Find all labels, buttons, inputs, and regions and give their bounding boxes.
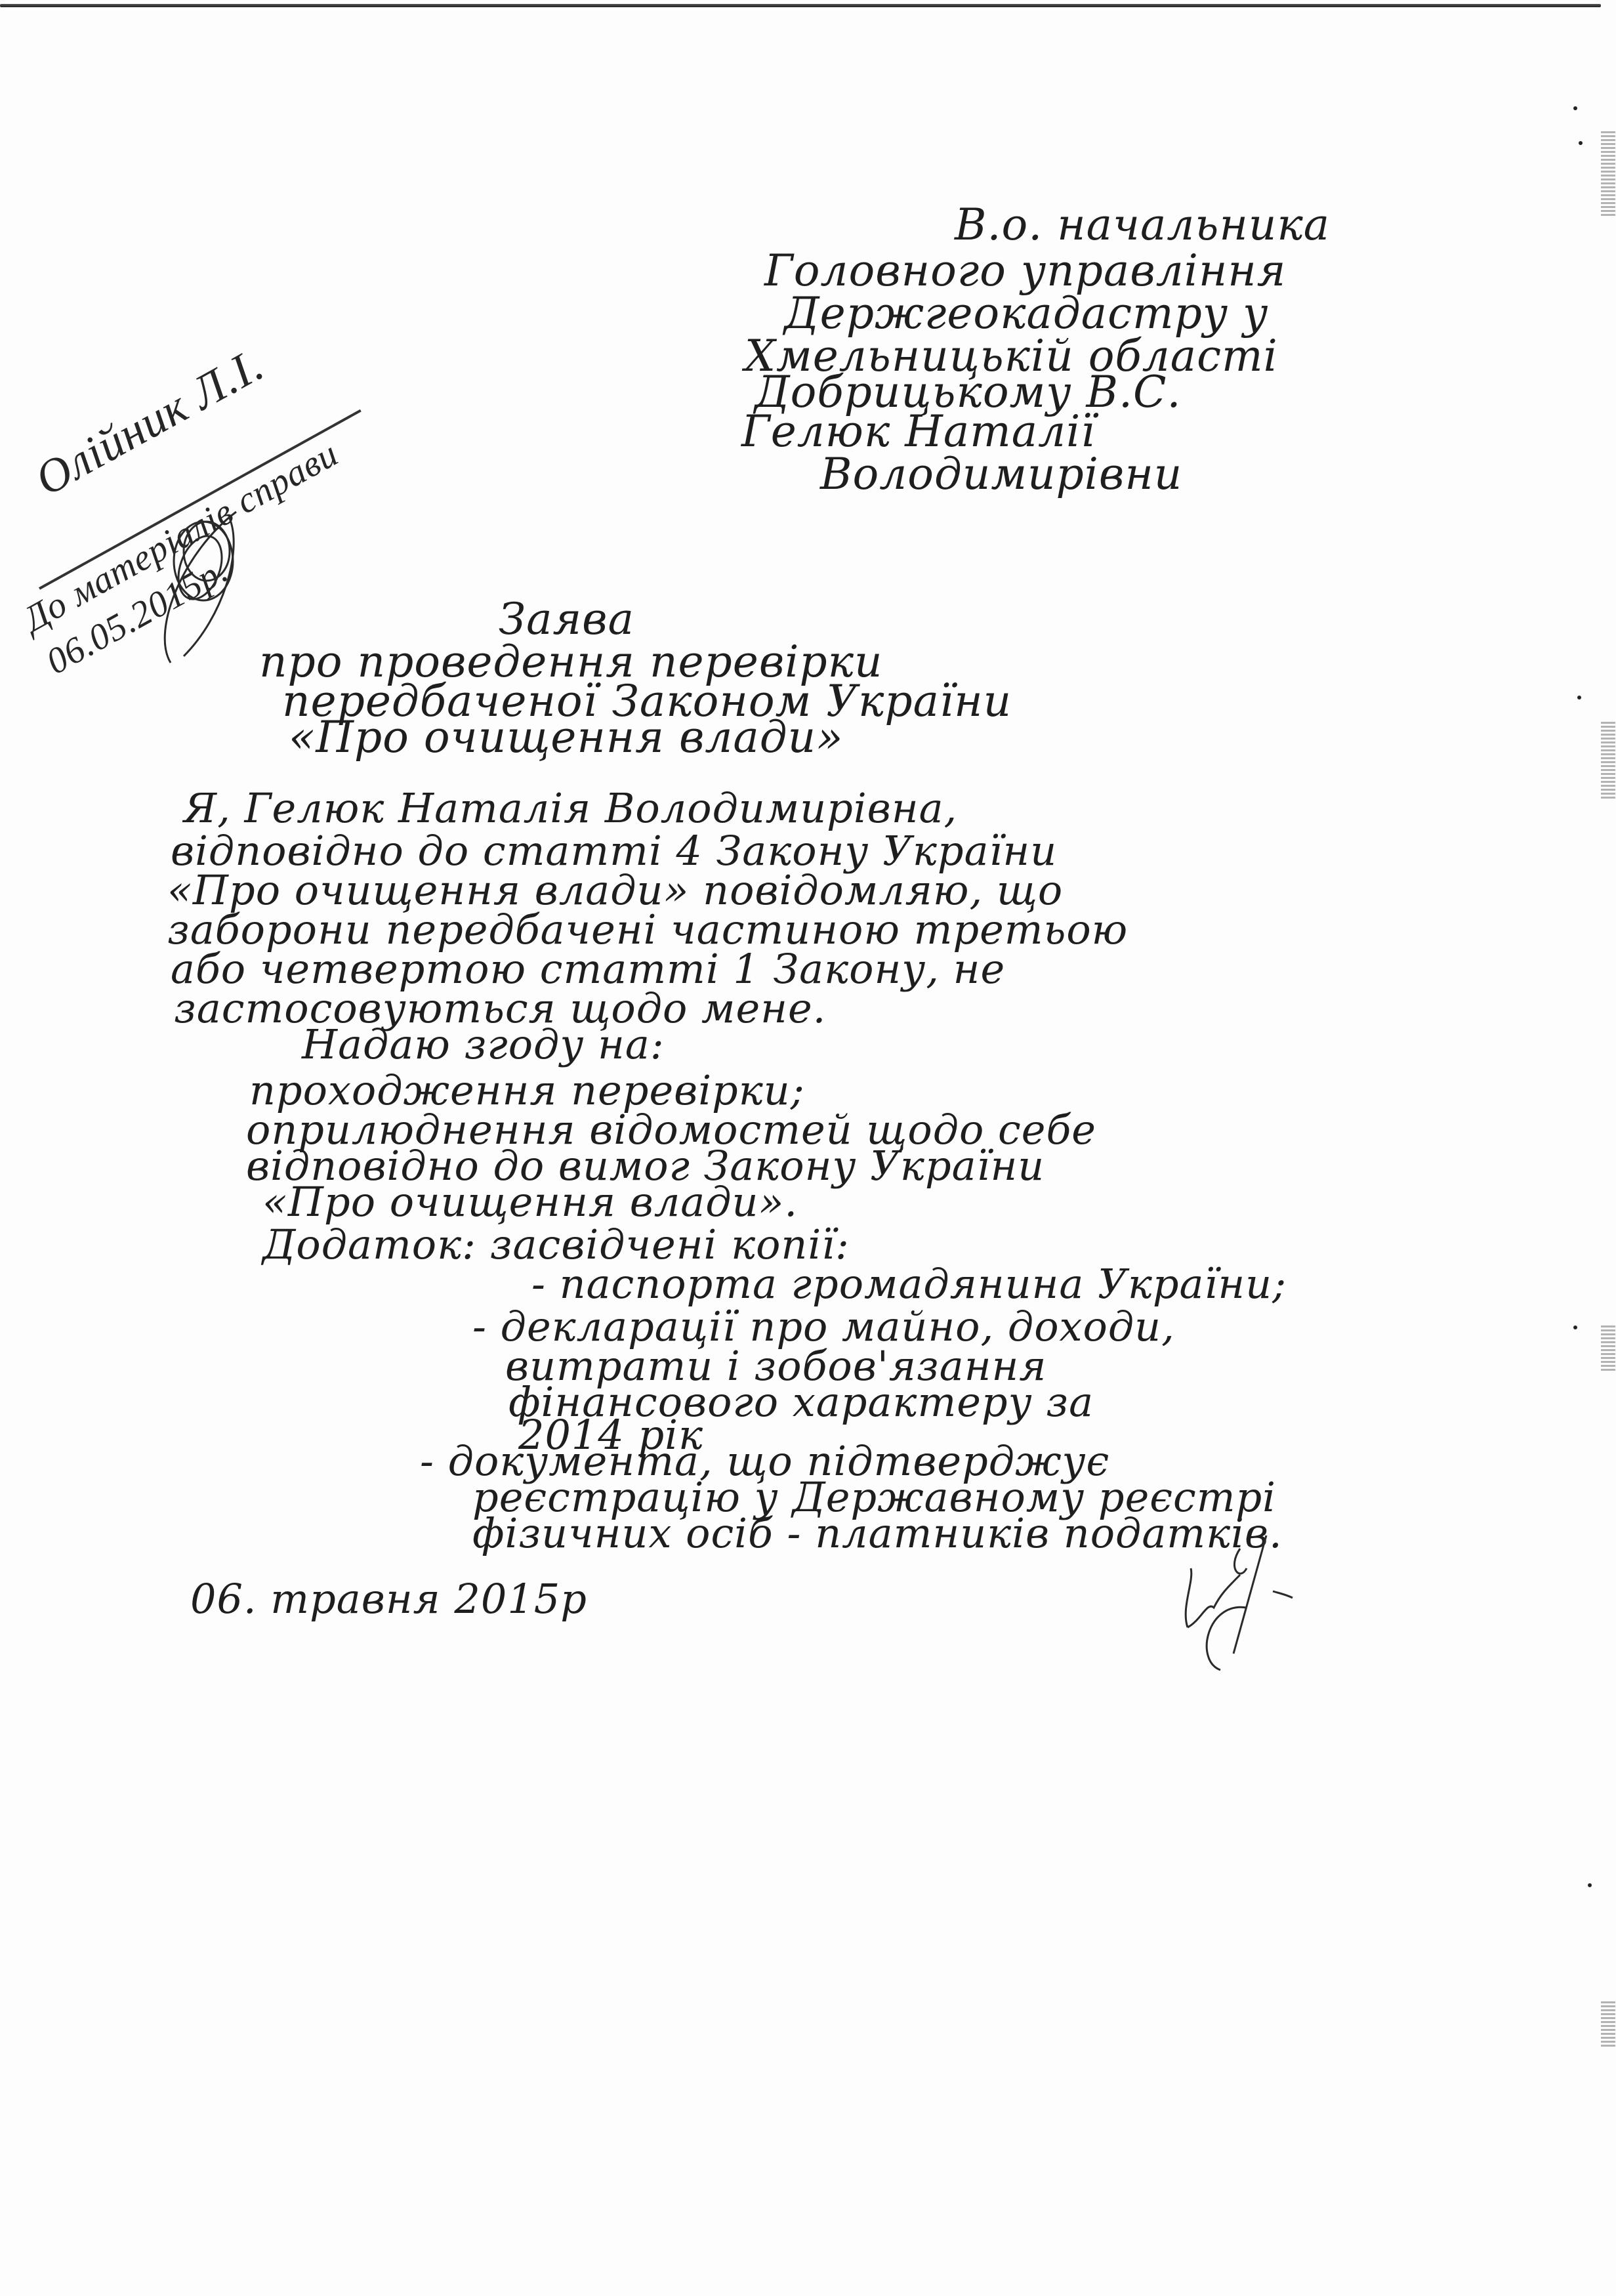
scan-artifact [1601, 722, 1615, 801]
scan-dot [1577, 696, 1581, 699]
scanned-document-page: Олійник Л.І. До матеріалів справи 06.05.… [0, 0, 1616, 2296]
scan-artifact [1601, 1325, 1615, 1371]
attachment-item: - паспорта громадянина України; [531, 1260, 1287, 1308]
scan-dot [1573, 106, 1577, 110]
addressee-line: Володимирівни [820, 453, 1182, 496]
scan-dot [1579, 141, 1583, 145]
addressee-line: Головного управління [764, 249, 1286, 293]
scan-dot [1588, 1883, 1592, 1887]
scan-top-border [0, 4, 1601, 7]
document-date: 06. травня 2015р [190, 1575, 587, 1623]
scan-dot [1573, 1325, 1577, 1329]
attachment-item: фізичних осіб - платників податків. [472, 1509, 1283, 1557]
body-line: Я, Гелюк Наталія Володимирівна, [184, 784, 957, 832]
addressee-line: В.о. начальника [955, 203, 1330, 247]
scan-artifact [1601, 131, 1615, 217]
signature-icon [1168, 1529, 1299, 1680]
scan-artifact [1601, 2001, 1615, 2047]
consent-line: Надаю згоду на: [302, 1020, 665, 1068]
consent-line: «Про очищення влади». [262, 1178, 798, 1226]
resolution-signature-icon [144, 499, 262, 676]
addressee-line: Держгеокадастру у [784, 292, 1268, 335]
addressee-line: Гелюк Наталії [741, 410, 1095, 453]
document-subtitle-line: «Про очищення влади» [289, 712, 843, 762]
